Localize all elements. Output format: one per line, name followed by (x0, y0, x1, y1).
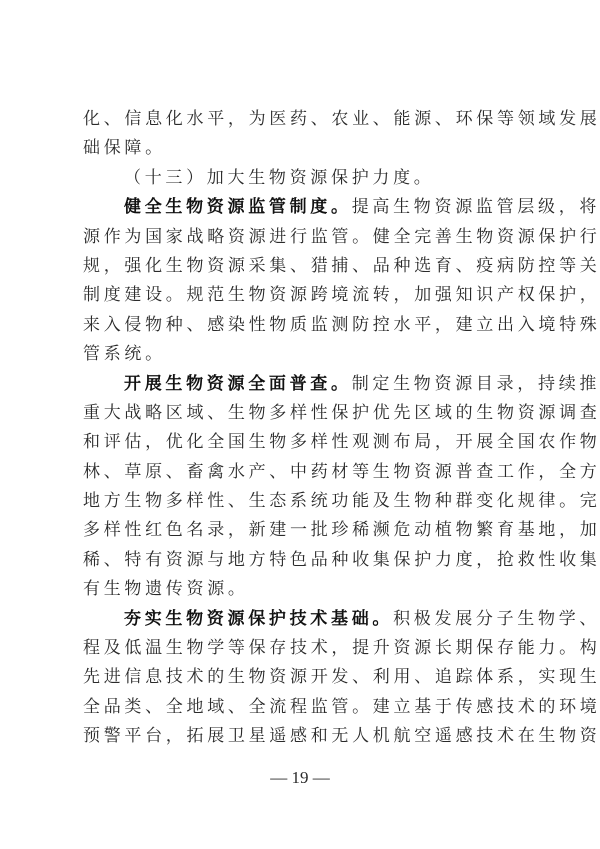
text-line-19: 程及低温生物学等保存技术，提升资源长期保存能力。构建基于 (83, 634, 519, 663)
document-page: 化、信息化水平，为医药、农业、能源、环保等领域发展提供基 础保障。 （十三）加大… (0, 0, 600, 849)
text-line-13: 林、草原、畜禽水产、中药材等生物资源普查工作，全方位掌握 (83, 458, 519, 487)
paragraph-3-heading: 夯实生物资源保护技术基础。 (124, 609, 393, 629)
text-line-6: 规，强化生物资源采集、猎捕、品种选育、疫病防控等关键环节 (83, 252, 519, 281)
text-line-11: 重大战略区域、生物多样性保护优先区域的生物资源调查、观测 (83, 399, 519, 428)
paragraph-3-start: 夯实生物资源保护技术基础。积极发展分子生物学、胚胎工 (83, 605, 519, 634)
section-heading: （十三）加大生物资源保护力度。 (83, 164, 519, 193)
paragraph-2-heading: 开展生物资源全面普查。 (124, 374, 352, 394)
text-line-12: 和评估，优化全国生物多样性观测布局，开展全国农作物、森 (83, 428, 519, 457)
text-line-5: 源作为国家战略资源进行监管。健全完善生物资源保护行政法 (83, 223, 519, 252)
paragraph-2-start: 开展生物资源全面普查。制定生物资源目录，持续推进国家 (83, 370, 519, 399)
text-line-17: 有生物遗传资源。 (83, 575, 519, 604)
paragraph-1-heading: 健全生物资源监管制度。 (124, 197, 352, 217)
text-line-21: 全品类、全地域、全流程监管。建立基于传感技术的环境监测和 (83, 693, 519, 722)
paragraph-1-start: 健全生物资源监管制度。提高生物资源监管层级，将生物资 (83, 193, 519, 222)
text-line-8: 来入侵物种、感染性物质监测防控水平，建立出入境特殊物品监 (83, 311, 519, 340)
text-line-9: 管系统。 (83, 340, 519, 369)
text-line-7: 制度建设。规范生物资源跨境流转，加强知识产权保护，提升外 (83, 281, 519, 310)
text-line-16: 稀、特有资源与地方特色品种收集保护力度，抢救性收集保存稀 (83, 546, 519, 575)
text-line-22: 预警平台，拓展卫星遥感和无人机航空遥感技术在生物资源监测 (83, 722, 519, 751)
text-line-15: 多样性红色名录，新建一批珍稀濒危动植物繁育基地，加大珍 (83, 516, 519, 545)
text-line-2: 础保障。 (83, 134, 519, 163)
text-line-20: 先进信息技术的生物资源开发、利用、追踪体系，实现生物资源 (83, 663, 519, 692)
body-text: 化、信息化水平，为医药、农业、能源、环保等领域发展提供基 础保障。 （十三）加大… (83, 105, 519, 752)
page-number: — 19 — (0, 768, 600, 788)
text-line-1: 化、信息化水平，为医药、农业、能源、环保等领域发展提供基 (83, 105, 519, 134)
text-line-14: 地方生物多样性、生态系统功能及生物种群变化规律。完善生物 (83, 487, 519, 516)
